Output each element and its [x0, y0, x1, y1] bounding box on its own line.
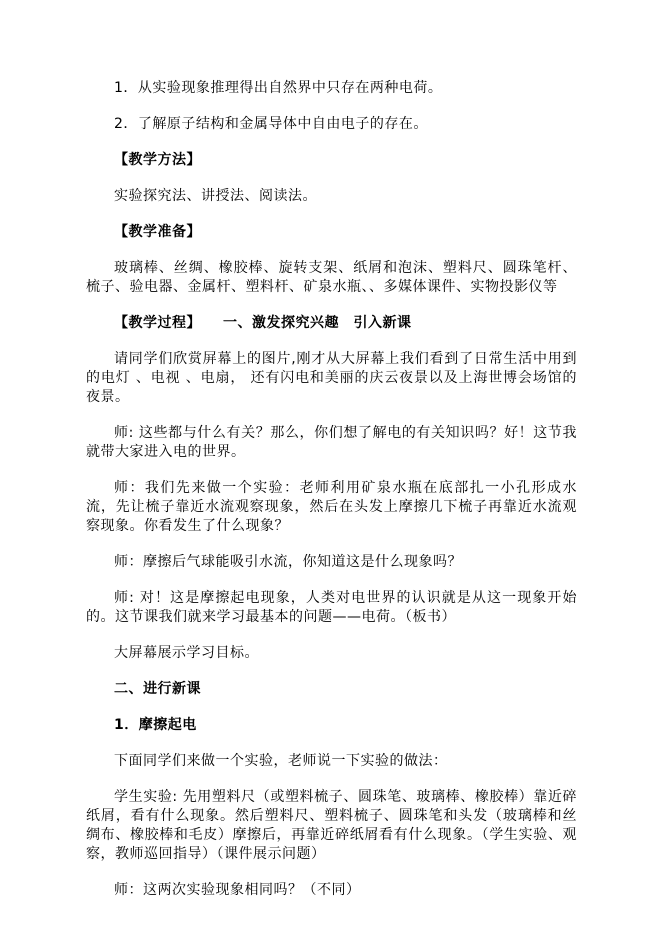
student-experiment-instructions: 学生实验: 先用塑料尺（或塑料梳子、圆珠笔、玻璃棒、橡胶棒）靠近碎纸屑，看有什么… [86, 788, 577, 864]
teacher-demo-experiment: 师：我们先来做一个实验：老师利用矿泉水瓶在底部扎一小孔形成水流，先让梳子靠近水流… [86, 479, 577, 536]
lesson-plan-body: 1．从实验现象推理得出自然界中只存在两种电荷。 2．了解原子结构和金属导体中自由… [86, 79, 577, 900]
teacher-question-intro: 师: 这些都与什么有关？那么，你们想了解电的有关知识吗？好！这节我就带大家进入电… [86, 424, 577, 462]
objective-item-1: 1．从实验现象推理得出自然界中只存在两种电荷。 [86, 79, 577, 98]
teacher-confirmation: 师: 对！这是摩擦起电现象，人类对电世界的认识就是从这一现象开始的。这节课我们就… [86, 589, 577, 627]
teacher-question-compare: 师：这两次实验现象相同吗？（不同） [86, 881, 577, 900]
teaching-methods-text: 实验探究法、讲授法、阅读法。 [86, 187, 577, 206]
objective-item-2: 2．了解原子结构和金属导体中自由电子的存在。 [86, 115, 577, 134]
heading-new-lesson: 二、进行新课 [86, 680, 577, 699]
experiment-intro: 下面同学们来做一个实验，老师说一下实验的做法： [86, 752, 577, 771]
intro-pictures-paragraph: 请同学们欣赏屏幕上的图片,刚才从大屏幕上我们看到了日常生活中用到的电灯 、电视 … [86, 350, 577, 407]
display-objectives-note: 大屏幕展示学习目标。 [86, 644, 577, 663]
heading-teaching-methods: 【教学方法】 [86, 151, 577, 170]
heading-teaching-preparation: 【教学准备】 [86, 223, 577, 242]
heading-teaching-process: 【教学过程】 一、激发探究兴趣 引入新课 [86, 314, 577, 333]
document-page: 1．从实验现象推理得出自然界中只存在两种电荷。 2．了解原子结构和金属导体中自由… [0, 0, 661, 935]
preparation-materials-text: 玻璃棒、丝绸、橡胶棒、旋转支架、纸屑和泡沫、塑料尺、圆珠笔杆、梳子、验电器、金属… [86, 259, 577, 297]
heading-friction-charging: 1．摩擦起电 [86, 716, 577, 735]
teacher-question-phenomenon: 师：摩擦后气球能吸引水流，你知道这是什么现象吗？ [86, 553, 577, 572]
